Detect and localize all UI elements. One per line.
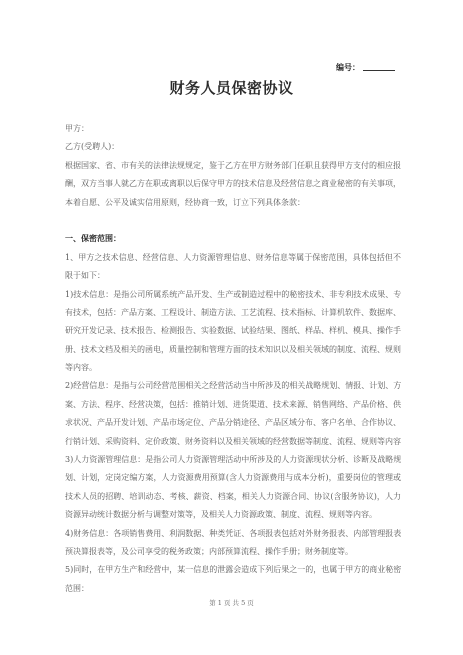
document-number-label: 编号： [336, 63, 360, 72]
section-heading: 一、保密范围： [65, 230, 401, 248]
section-line: 有技术，包括：产品方案、工程设计、制造方法、工艺流程、技术指标、计算机软件、数据… [65, 304, 401, 322]
section-line: 技术人员的招聘、培训动态、考核、薪资、档案，相关人力资源合同、协议(含服务协议)… [65, 488, 401, 506]
party-b-line: 乙方(受聘人)： [65, 138, 401, 156]
section-line: 范围： [65, 580, 401, 598]
intro-line: 本着自愿、公平及诚实信用原则，经协商一致，订立下列具体条款： [65, 194, 401, 212]
section-line: 行销计划、采购资料、定价政策、财务资料以及相关领域的经营数据等制度、流程、规则等… [65, 433, 401, 451]
section-line: 求状况、产品开发计划、产品市场定位、产品分销途径、产品区域分布、客户名单、合作协… [65, 414, 401, 432]
section-line: 3)人力资源管理信息：是指公司人力资源管理活动中所涉及的人力资源现状分析、诊断及… [65, 451, 401, 469]
section-line: 等内容。 [65, 359, 401, 377]
section-line: 1)技术信息：是指公司所属系统产品开发、生产或制造过程中的秘密技术、非专利技术成… [65, 286, 401, 304]
section-line: 预决算报表等，及公司享受的税务政策；内部预算流程、操作手册；财务制度等。 [65, 543, 401, 561]
section-line: 案、方法、程序、经营决策，包括：推销计划、进货渠道、技术来源、销售网络、产品价格… [65, 396, 401, 414]
section-line: 1、甲方之技术信息、经营信息、人力资源管理信息、财务信息等属于保密范围，具体包括… [65, 249, 401, 267]
page-title: 财务人员保密协议 [0, 77, 463, 98]
document-page: 编号： 财务人员保密协议 甲方： 乙方(受聘人)： 根据国家、省、市有关的法律法… [0, 0, 463, 655]
section-line: 5)同时，在甲方生产和经营中，某一信息的泄露会造成下列后果之一的，也属于甲方的商… [65, 561, 401, 579]
document-body: 甲方： 乙方(受聘人)： 根据国家、省、市有关的法律法规规定，鉴于乙方在甲方财务… [65, 120, 401, 598]
section-line: 册、技术文档及相关的函电，质量控制和管理方面的技术知识以及相关领域的制度、流程、… [65, 341, 401, 359]
paragraph-gap [65, 212, 401, 230]
document-number: 编号： [336, 62, 395, 73]
section-line: 限于如下： [65, 267, 401, 285]
section-line: 4)财务信息：各项销售费用、利润数据、种类凭证、各项报表包括对外财务报表、内部管… [65, 525, 401, 543]
page-footer: 第 1 页 共 5 页 [0, 598, 463, 607]
party-a-line: 甲方： [65, 120, 401, 138]
section-line: 2)经营信息：是指与公司经营范围相关之经营活动当中所涉及的相关战略规划、情报、计… [65, 377, 401, 395]
intro-line: 酬，双方当事人就乙方在职或离职以后保守甲方的技术信息及经营信息之商业秘密的有关事… [65, 175, 401, 193]
section-line: 资源异动统计数据分析与调整对策等，及相关人力资源政策、制度、流程、规则等内容。 [65, 506, 401, 524]
section-line: 划、计划，定岗定编方案，人力资源费用预算(含人力资源费用与成本分析)，重要岗位的… [65, 469, 401, 487]
intro-line: 根据国家、省、市有关的法律法规规定，鉴于乙方在甲方财务部门任职且获得甲方支付的相… [65, 157, 401, 175]
document-number-blank [363, 70, 395, 71]
section-line: 研究开发记录、技术报告、检测报告、实验数据、试验结果、图纸、样品、样机、模具、操… [65, 322, 401, 340]
